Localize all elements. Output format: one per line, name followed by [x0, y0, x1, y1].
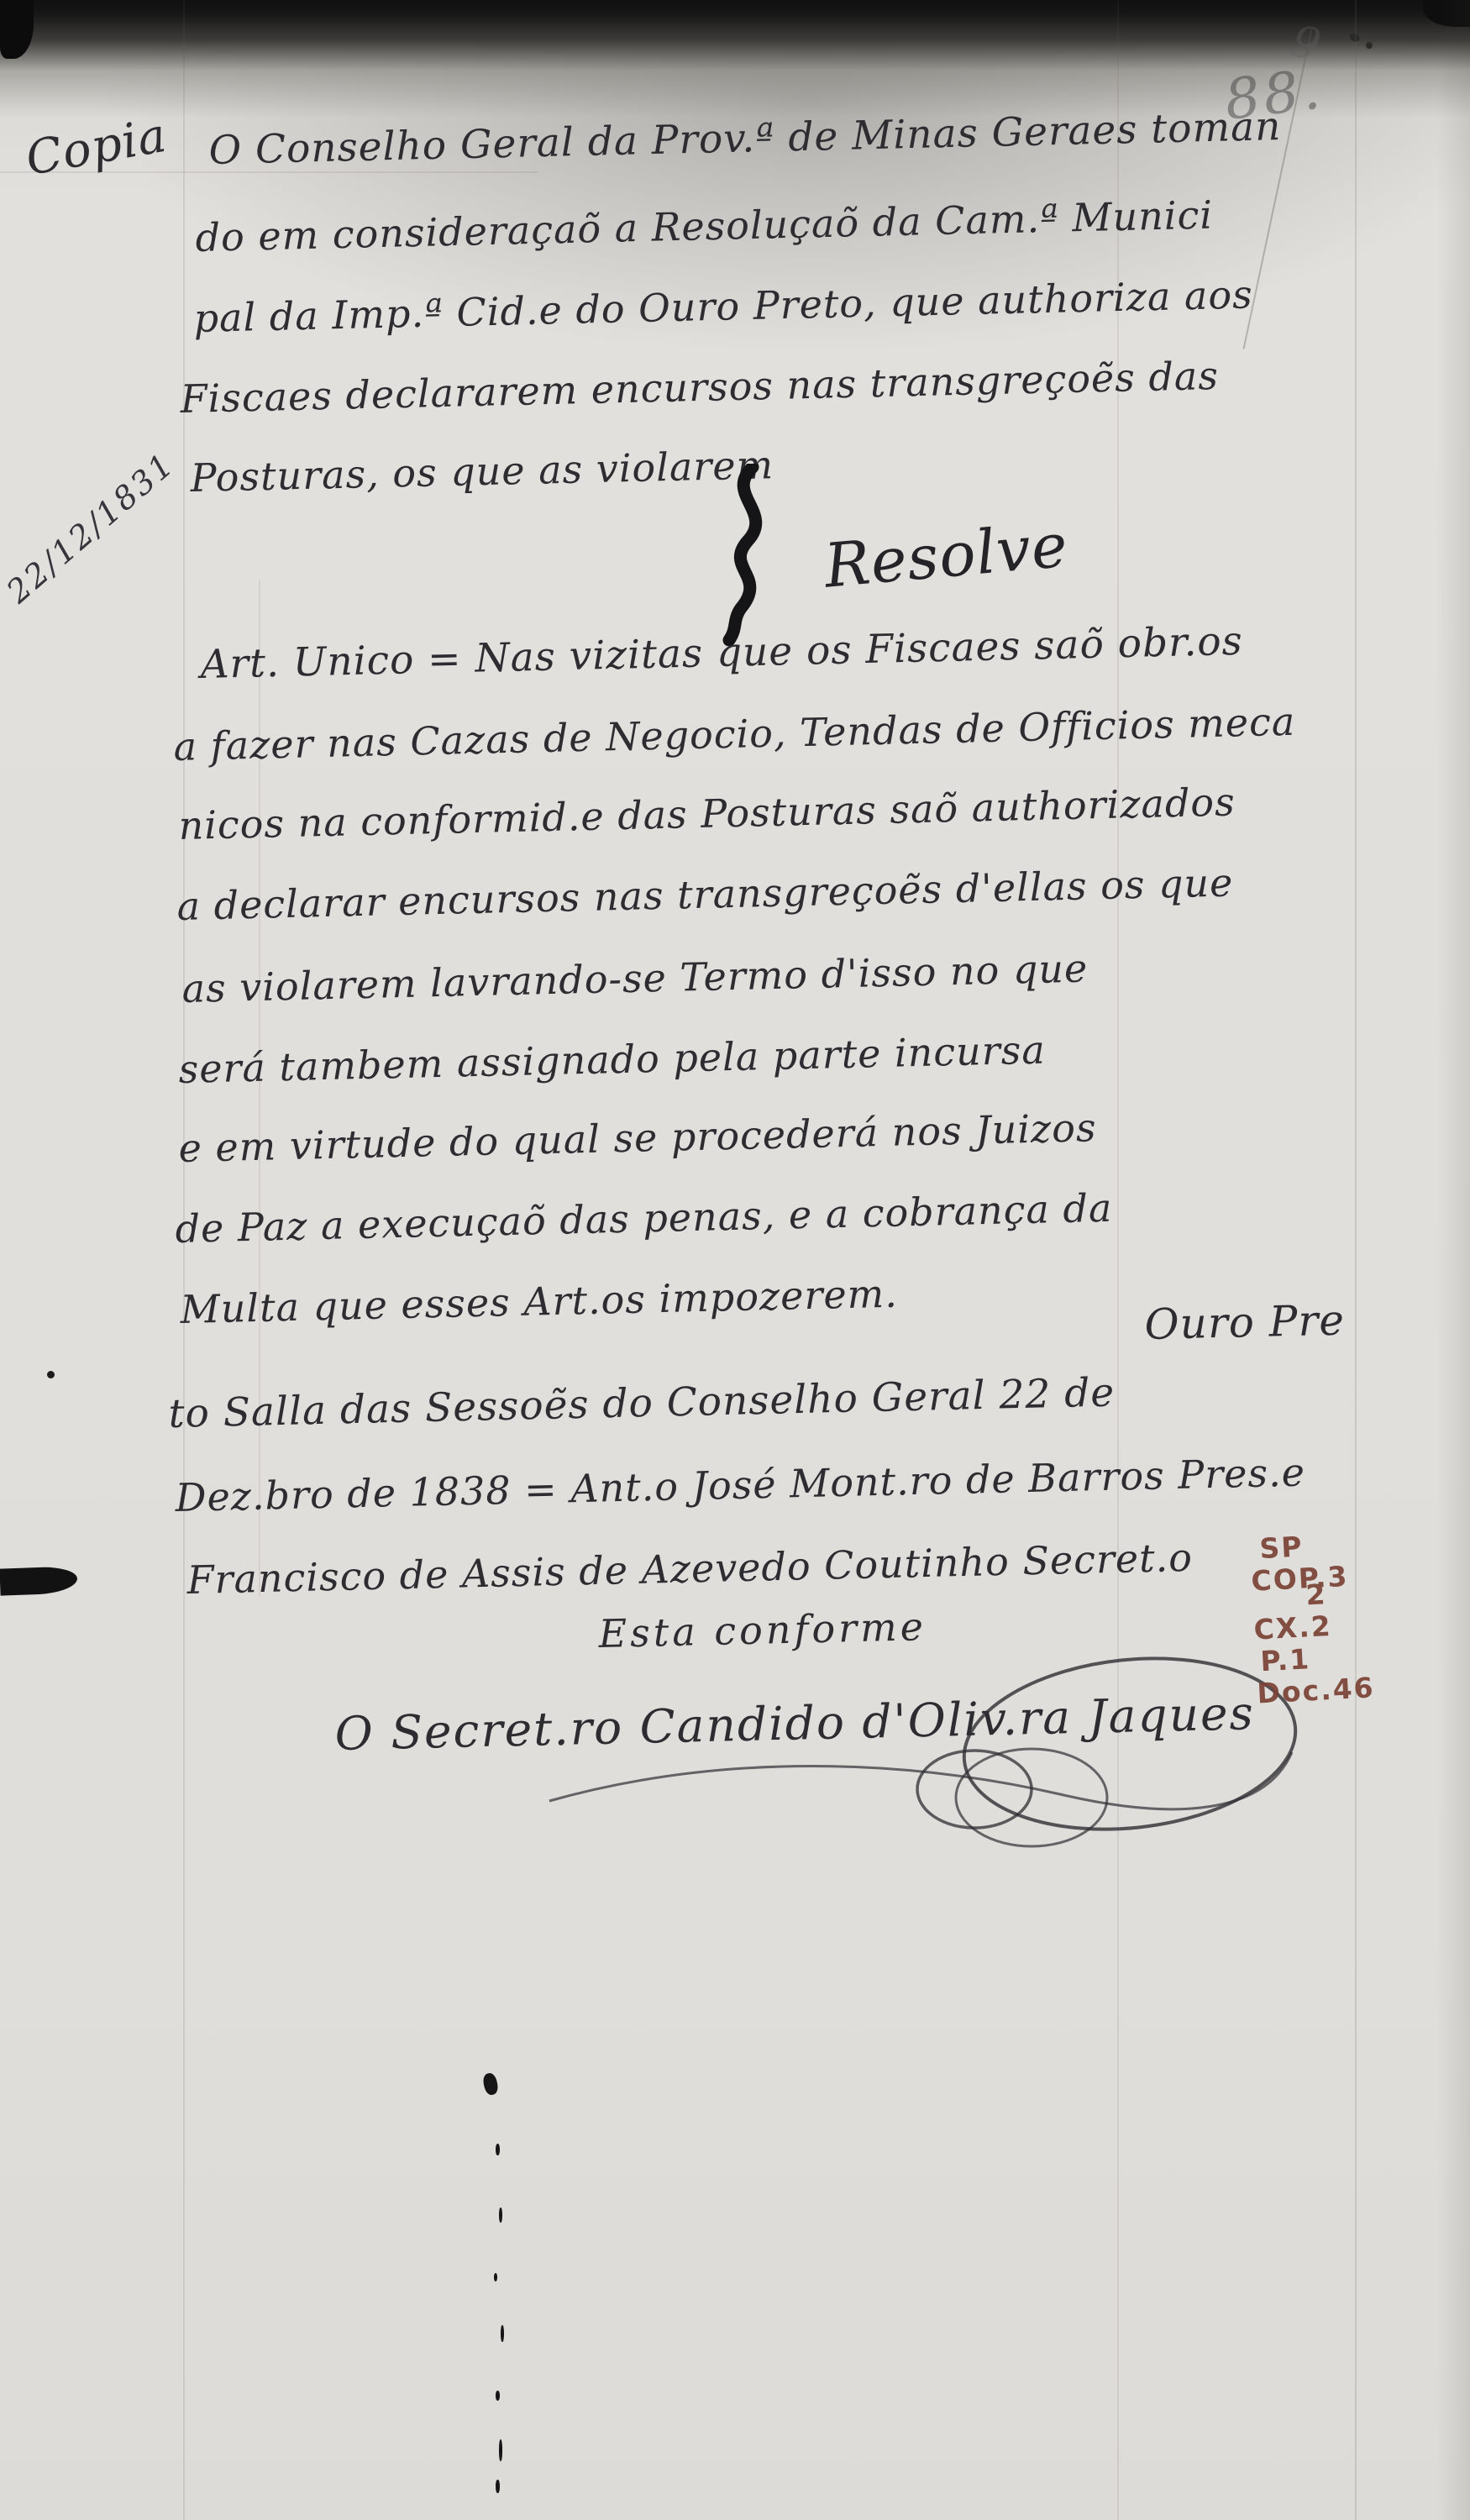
opening-line: do em consideraçaõ a Resoluçaõ da Cam.ª …	[195, 192, 1214, 260]
scan-edge-shade	[1436, 0, 1470, 2520]
article-line: e em virtude do qual se procederá nos Ju…	[178, 1105, 1097, 1171]
ink-drip	[496, 2144, 500, 2155]
archival-stamp: SP COP.3 2 CX.2 P.1 Doc.46	[1249, 1527, 1376, 1709]
ink-drip	[496, 2480, 500, 2493]
ink-drip	[496, 2391, 500, 2401]
article-line: a declarar encursos nas transgreçoẽs d'e…	[176, 859, 1234, 929]
article-line: as violarem lavrando-se Termo d'isso no …	[181, 946, 1089, 1011]
certification-line: Esta conforme	[598, 1604, 927, 1656]
article-line: será tambem assignado pela parte incursa	[178, 1027, 1046, 1092]
closing-line: Dez.bro de 1838 = Ant.o José Mont.ro de …	[175, 1449, 1305, 1520]
ink-dot	[47, 1371, 55, 1378]
ink-flourish	[690, 464, 808, 648]
manuscript-page: 9 88. Copia 22/12/1831 O Conselho Geral …	[0, 0, 1470, 2520]
ink-speck	[1366, 42, 1373, 49]
resolve-heading: Resolve	[822, 510, 1071, 601]
article-line: Art. Unico = Nas vizitas que os Fiscaes …	[200, 618, 1243, 688]
place-fragment: Ouro Pre	[1144, 1296, 1345, 1349]
closing-line: Francisco de Assis de Azevedo Coutinho S…	[186, 1535, 1193, 1603]
opening-line: Posturas, os que as violarem	[190, 442, 774, 501]
ink-drip	[494, 2273, 497, 2281]
ink-drip	[499, 2208, 502, 2223]
ink-drip	[499, 2439, 502, 2461]
margin-date: 22/12/1831	[0, 445, 181, 611]
opening-line: pal da Imp.ª Cid.e do Ouro Preto, que au…	[193, 271, 1253, 341]
ink-blot	[0, 1566, 78, 1595]
ink-drip	[501, 2325, 504, 2342]
closing-line: to Salla das Sessoẽs do Conselho Geral 2…	[168, 1369, 1116, 1437]
article-line: nicos na conformid.e das Posturas saõ au…	[178, 779, 1236, 848]
ink-drip	[481, 2072, 499, 2097]
article-line: a fazer nas Cazas de Negocio, Tendas de …	[173, 699, 1296, 769]
article-line: de Paz a execuçaõ das penas, e a cobranç…	[175, 1185, 1113, 1252]
stamp-line: Doc.46	[1257, 1672, 1376, 1709]
article-line: Multa que esses Art.os impozerem.	[180, 1271, 898, 1332]
paper-fold-line	[1355, 0, 1357, 2520]
opening-line: Fiscaes declararem encursos nas transgre…	[180, 353, 1219, 422]
